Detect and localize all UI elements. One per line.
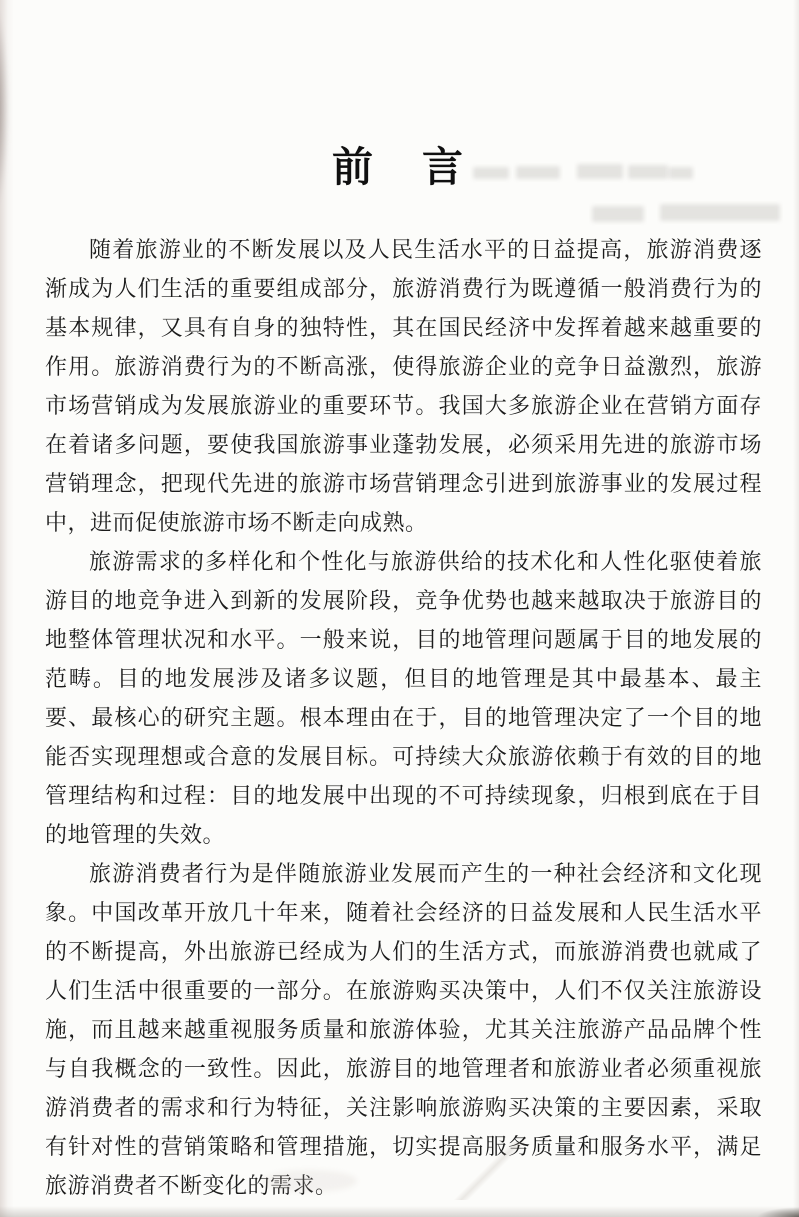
bleedthrough-smudge (660, 204, 780, 221)
scan-edge-bottom (0, 1206, 799, 1217)
preface-body-text: 随着旅游业的不断发展以及人民生活水平的日益提高，旅游消费逐渐成为人们生活的重要组… (45, 230, 762, 1205)
bleedthrough-smudge (592, 206, 644, 222)
paragraph-3: 旅游消费者行为是伴随旅游业发展而产生的一种社会经济和文化现象。中国改革开放几十年… (45, 854, 762, 1205)
scan-shadow-bottom-right (757, 1207, 799, 1217)
scanned-book-page: 前 言 随着旅游业的不断发展以及人民生活水平的日益提高，旅游消费逐渐成为人们生活… (0, 0, 799, 1217)
page-title: 前 言 (0, 134, 799, 193)
paragraph-1: 随着旅游业的不断发展以及人民生活水平的日益提高，旅游消费逐渐成为人们生活的重要组… (45, 230, 762, 542)
paragraph-2: 旅游需求的多样化和个性化与旅游供给的技术化和人性化驱使着旅游目的地竞争进入到新的… (45, 542, 762, 854)
